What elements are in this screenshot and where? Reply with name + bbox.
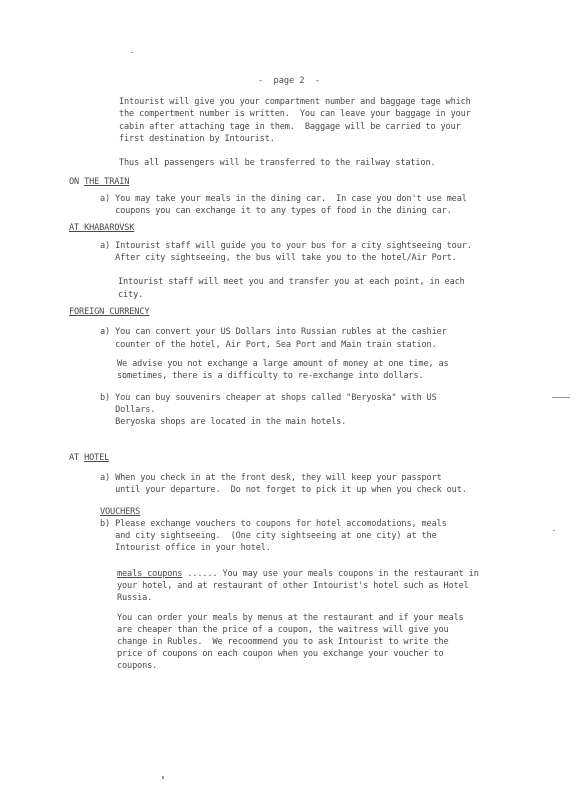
list-item-a: until your departure. Do not forget to p… — [100, 484, 467, 496]
subheading-vouchers: VOUCHERS — [100, 506, 140, 518]
list-item-b: Intourist office in your hotel. — [100, 542, 271, 554]
section-heading-at-khabarovsk: AT KHABAROVSK — [69, 222, 134, 234]
section-heading-foreign-currency: FOREIGN CURRENCY — [69, 306, 149, 318]
intro-line: cabin after attaching tage in them. Bagg… — [119, 121, 461, 133]
khabarovsk-note: city. — [118, 289, 143, 301]
order-paragraph-line: coupons. — [117, 660, 157, 672]
order-paragraph-line: You can order your meals by menus at the… — [117, 612, 464, 624]
intro-closing: Thus all passengers will be transferred … — [119, 157, 436, 169]
khabarovsk-note: Intourist staff will meet you and transf… — [118, 276, 465, 288]
intro-line: the compertment number is written. You c… — [119, 108, 471, 120]
intro-line: first destination by Intourist. — [119, 133, 275, 145]
list-item-a: a) Intourist staff will guide you to you… — [100, 240, 472, 252]
page-header: - page 2 - — [258, 76, 320, 86]
list-item-a: a) You may take your meals in the dining… — [100, 193, 467, 205]
heading-underlined: THE TRAIN — [84, 177, 129, 187]
list-item-b: b) You can buy souvenirs cheaper at shop… — [100, 392, 437, 404]
list-item-a: a) You can convert your US Dollars into … — [100, 326, 447, 338]
list-item-a: coupons you can exchange it to any types… — [100, 205, 452, 217]
list-item-b: Dollars. — [100, 404, 155, 416]
order-paragraph-line: price of coupons on each coupon when you… — [117, 648, 444, 660]
scan-speck — [553, 530, 555, 531]
document-page: - page 2 - Intourist will give you your … — [0, 0, 576, 791]
scan-speck — [131, 52, 133, 53]
list-item-b: b) Please exchange vouchers to coupons f… — [100, 518, 447, 530]
meals-coupons-label: meals coupons — [117, 569, 182, 579]
scan-speck — [552, 397, 570, 398]
list-item-b: and city sightseeing. (One city sightsee… — [100, 530, 437, 542]
section-heading-on-the-train: ON THE TRAIN — [69, 176, 129, 188]
list-item-b: Beryoska shops are located in the main h… — [100, 416, 346, 428]
list-item-a: a) When you check in at the front desk, … — [100, 472, 442, 484]
order-paragraph-line: are cheaper than the price of a coupon, … — [117, 624, 449, 636]
scan-speck — [162, 776, 164, 779]
meals-coupons-line: your hotel, and at restaurant of other I… — [117, 580, 469, 592]
order-paragraph-line: change in Rubles. We recoommend you to a… — [117, 636, 449, 648]
currency-advice: We advise you not exchange a large amoun… — [117, 358, 449, 370]
list-item-a: counter of the hotel, Air Port, Sea Port… — [100, 339, 437, 351]
meals-coupons-line: Russia. — [117, 592, 152, 604]
section-heading-at-hotel: AT HOTEL — [69, 452, 109, 464]
heading-underlined: HOTEL — [84, 453, 109, 463]
list-item-a: After city sightseeing, the bus will tak… — [100, 252, 457, 264]
meals-coupons-paragraph: meals coupons ...... You may use your me… — [117, 568, 479, 580]
intro-line: Intourist will give you your compartment… — [119, 96, 471, 108]
currency-advice: sometimes, there is a difficulty to re-e… — [117, 370, 423, 382]
